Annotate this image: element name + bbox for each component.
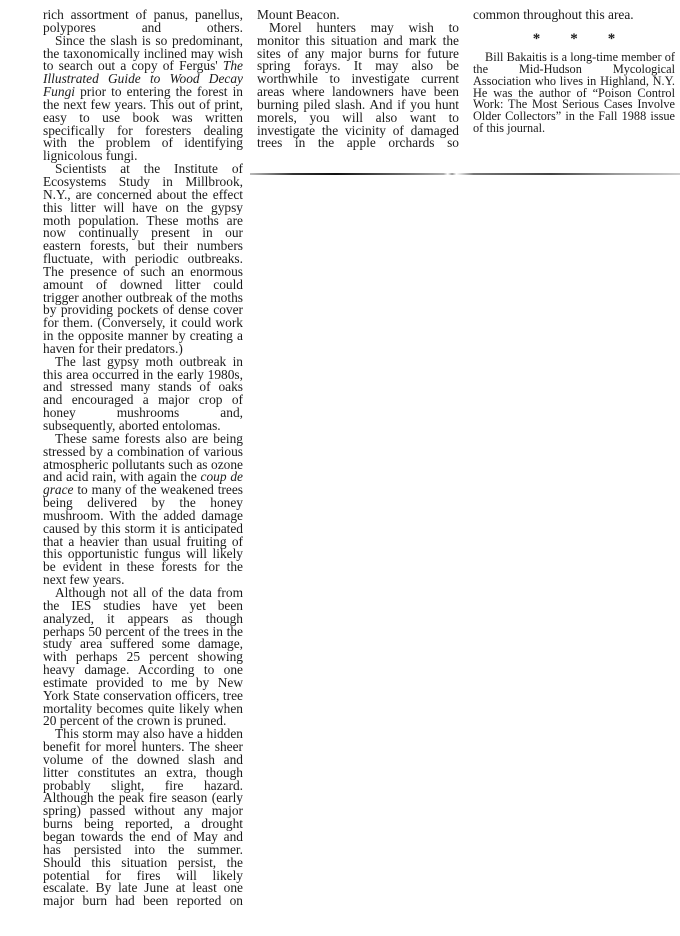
paragraph: This storm may also have a hidden benefi…: [43, 728, 243, 908]
article-column-1: rich assortment of panus, panellus, poly…: [43, 9, 243, 908]
paragraph: common throughout this area.: [473, 9, 675, 22]
paragraph: rich assortment of panus, panellus, poly…: [43, 9, 243, 35]
asterisk-icon: *: [570, 32, 578, 46]
article-column-3: common throughout this area. * * * Bill …: [473, 9, 675, 135]
asterisk-icon: *: [533, 32, 541, 46]
paragraph: Although not all of the data from the IE…: [43, 587, 243, 728]
section-separator: * * *: [473, 32, 675, 46]
article-column-2: Mount Beacon. Morel hunters may wish to …: [257, 9, 459, 150]
paragraph: The last gypsy moth outbreak in this are…: [43, 356, 243, 433]
column-divider-rule: [250, 173, 680, 175]
paragraph: Morel hunters may wish to monitor this s…: [257, 22, 459, 150]
paragraph: Scientists at the Institute of Ecosystem…: [43, 163, 243, 356]
author-bio: Bill Bakaitis is a long-time member of t…: [473, 52, 675, 135]
paragraph-text: Since the slash is so predominant, the t…: [43, 33, 243, 74]
paragraph: Since the slash is so predominant, the t…: [43, 35, 243, 163]
paragraph-text: prior to entering the forest in the next…: [43, 84, 243, 163]
paragraph: These same forests also are being stress…: [43, 433, 243, 587]
asterisk-icon: *: [608, 32, 616, 46]
paragraph-text: to many of the weakened trees being deli…: [43, 482, 243, 587]
